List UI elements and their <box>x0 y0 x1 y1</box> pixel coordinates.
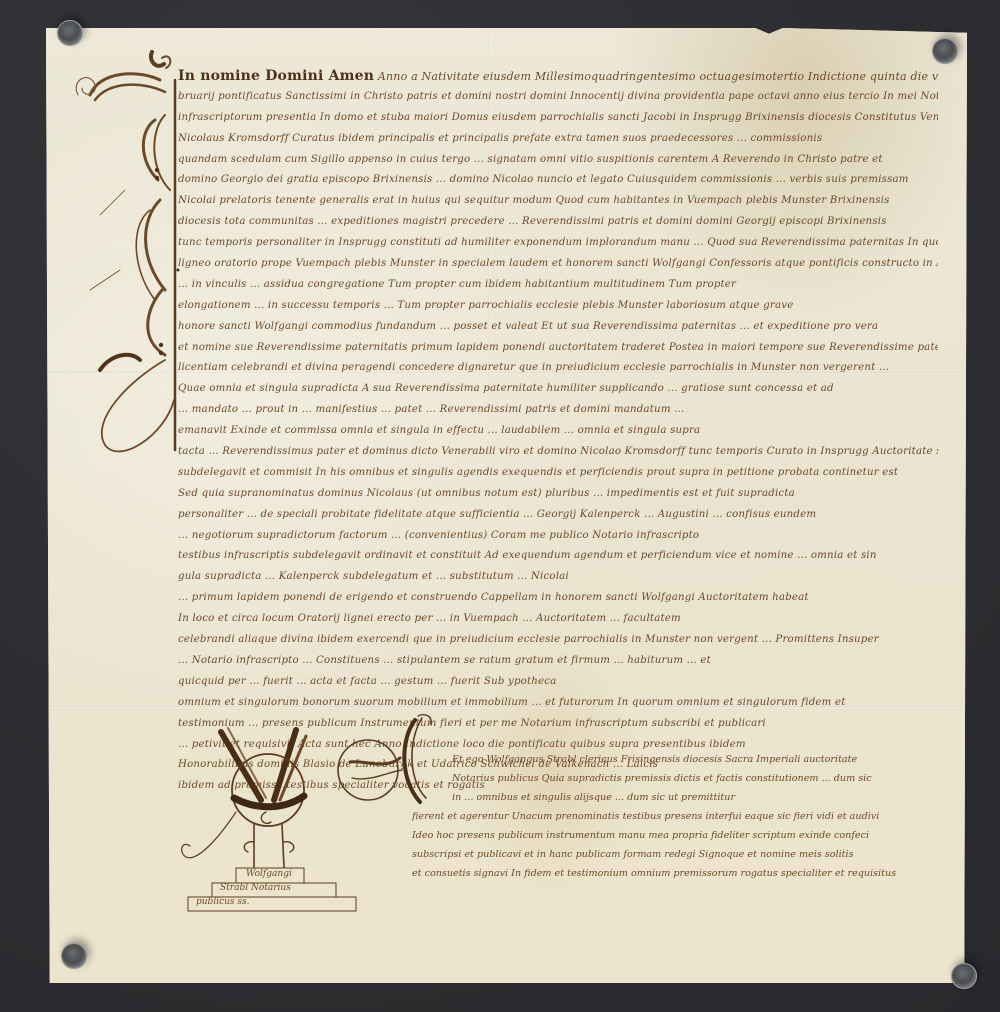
text-line: ... primum lapidem ponendi de erigendo e… <box>178 588 938 609</box>
text-line: diocesis tota communitas ... expeditione… <box>178 212 938 233</box>
document-body: In nomine Domini Amen Anno a Nativitate … <box>178 66 938 797</box>
text-line: Nicolai prelatoris tenente generalis era… <box>178 191 938 212</box>
text-line: bruarij pontificatus Sanctissimi in Chri… <box>178 87 938 108</box>
text-line: quicquid per ... fuerit ... acta et fact… <box>178 672 938 693</box>
text-line: ... negotiorum supradictorum factorum ..… <box>178 526 938 547</box>
mounting-pin-top-right <box>932 38 958 64</box>
signum-tier-3-label: publicus ss. <box>196 897 250 907</box>
text-line: quandam scedulam cum Sigillo appenso in … <box>178 150 938 171</box>
text-line: ligneo oratorio prope Vuempach plebis Mu… <box>178 254 938 275</box>
text-line: subdelegavit et commisit In his omnibus … <box>178 463 938 484</box>
subscription-line: Notarius publicus Quia supradictis premi… <box>452 769 952 788</box>
text-line: tacta ... Reverendissimus pater et domin… <box>178 442 938 463</box>
subscription-line: in ... omnibus et singulis alijsque ... … <box>452 788 952 807</box>
text-line: tunc temporis personaliter in Insprugg c… <box>178 233 938 254</box>
signum-tier-2-label: Strabl Notarius <box>220 883 291 893</box>
text-line: ... Notario infrascripto ... Constituens… <box>178 651 938 672</box>
text-line: testibus infrascriptis subdelegavit ordi… <box>178 546 938 567</box>
text-line: honore sancti Wolfgangi commodius fundan… <box>178 317 938 338</box>
text-line: Nicolaus Kromsdorff Curatus ibidem princ… <box>178 129 938 150</box>
subscription-line: subscripsi et publicavi et in hanc publi… <box>412 845 952 864</box>
subscription-line: fierent et agerentur Unacum prenominatis… <box>412 807 952 826</box>
text-line: ... in vinculis ... assidua congregation… <box>178 275 938 296</box>
subscription-line: Ideo hoc presens publicum instrumentum m… <box>412 826 952 845</box>
text-line-1: In nomine Domini Amen Anno a Nativitate … <box>178 66 938 87</box>
text-line: personaliter ... de speciali probitate f… <box>178 505 938 526</box>
text-line: ... mandato ... prout in ... manifestius… <box>178 400 938 421</box>
subscription-line: et consuetis signavi In fidem et testimo… <box>412 864 952 883</box>
text-line: Sed quia supranominatus dominus Nicolaus… <box>178 484 938 505</box>
text-line: licentiam celebrandi et divina peragendi… <box>178 358 938 379</box>
text-line: et nomine sue Reverendissime paternitati… <box>178 338 938 359</box>
mounting-pin-bottom-left <box>61 943 87 969</box>
notary-subscription: Et ego Wolfgangus Strabl clericus Frisin… <box>452 750 952 883</box>
text-line: omnium et singulorum bonorum suorum mobi… <box>178 693 938 714</box>
text-line: infrascriptorum presentia In domo et stu… <box>178 108 938 129</box>
text-line: domino Georgio dei gratia episcopo Brixi… <box>178 170 938 191</box>
decorated-initial-e-icon <box>330 710 440 820</box>
subscription-line: Et ego Wolfgangus Strabl clericus Frisin… <box>452 750 952 769</box>
text-line: emanavit Exinde et commissa omnia et sin… <box>178 421 938 442</box>
text-line: celebrandi aliaque divina ibidem exercen… <box>178 630 938 651</box>
decorated-initial-icon <box>70 40 180 460</box>
text-line: In loco et circa locum Oratorij lignei e… <box>178 609 938 630</box>
text-line: gula supradicta ... Kalenperck subdelega… <box>178 567 938 588</box>
opening-invocation: In nomine Domini Amen <box>178 68 374 84</box>
signum-tier-1-label: Wolfgangi <box>246 869 292 879</box>
text-line: elongationem ... in successu temporis ..… <box>178 296 938 317</box>
mounting-pin-bottom-right <box>951 963 977 989</box>
text-line: Quae omnia et singula supradicta A sua R… <box>178 379 938 400</box>
